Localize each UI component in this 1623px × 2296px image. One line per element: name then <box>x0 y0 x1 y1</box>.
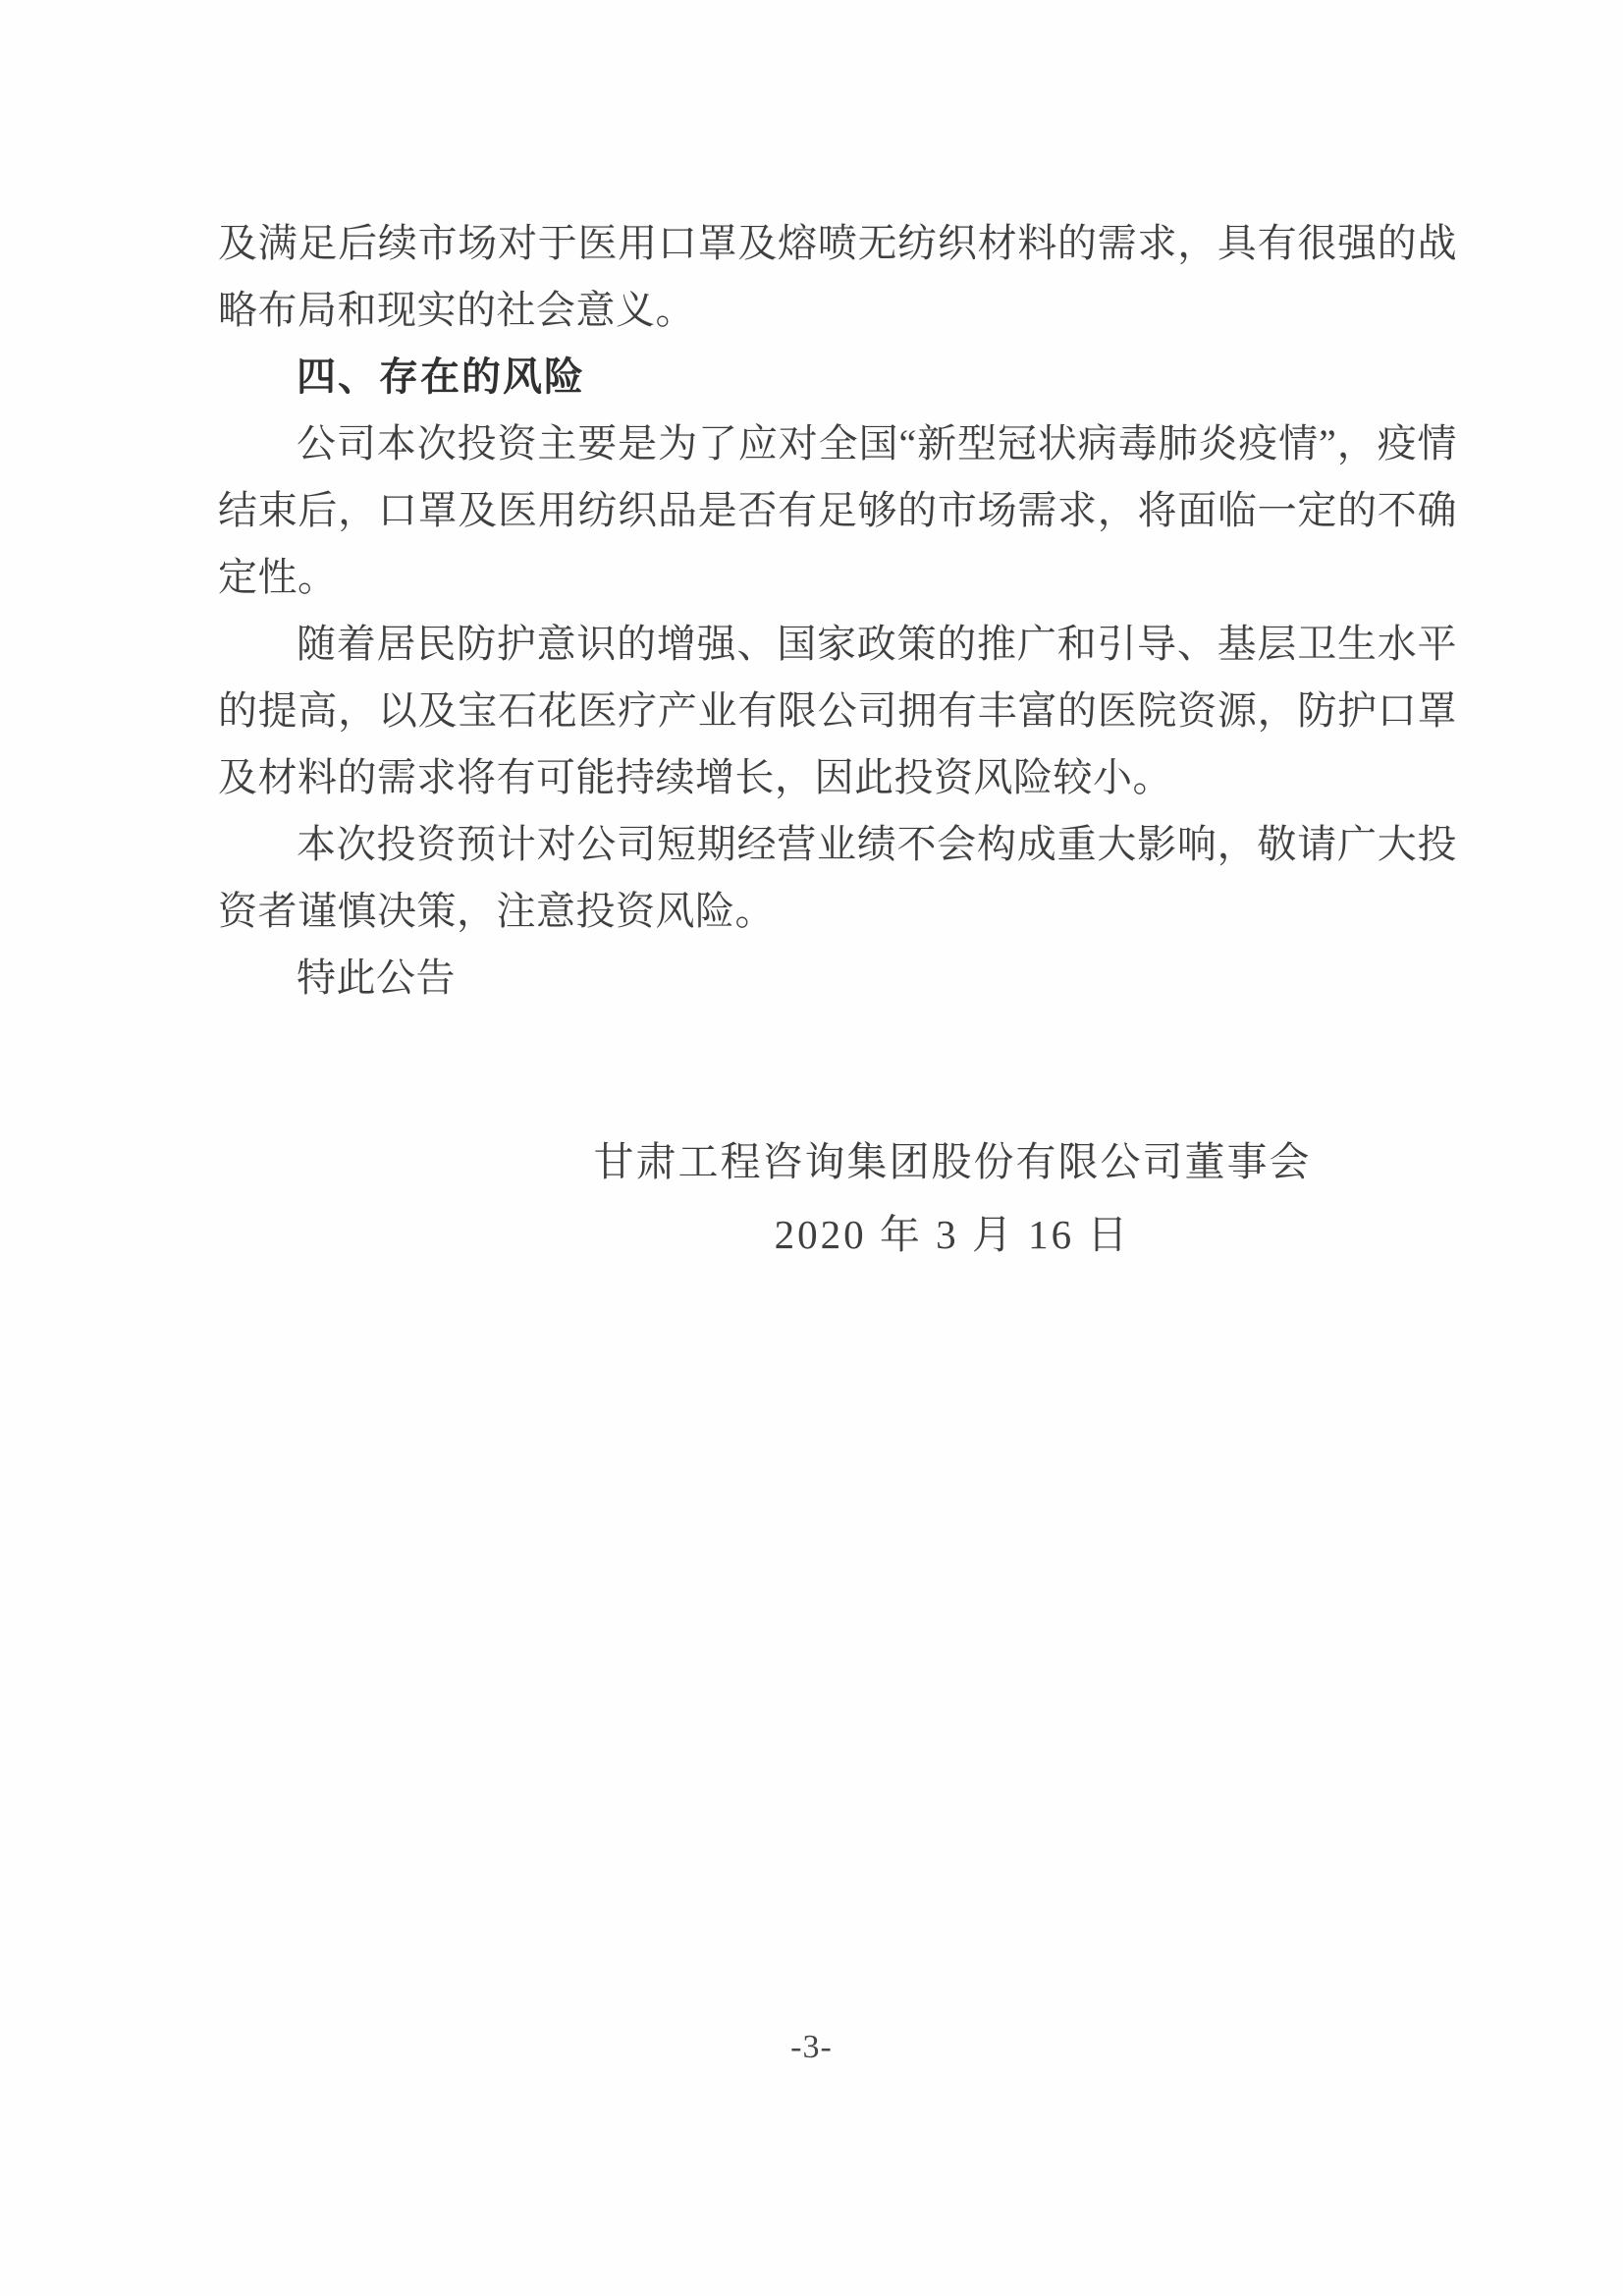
paragraph-risk-2: 随着居民防护意识的增强、国家政策的推广和引导、基层卫生水平的提高，以及宝石花医疗… <box>218 611 1457 811</box>
signature-block: 甘肃工程咨询集团股份有限公司董事会 2020 年 3 月 16 日 <box>589 1131 1316 1265</box>
signature-date: 2020 年 3 月 16 日 <box>589 1204 1316 1265</box>
page-number: -3- <box>0 2029 1623 2066</box>
document-page: 及满足后续市场对于医用口罩及熔喷无纺织材料的需求，具有很强的战略布局和现实的社会… <box>0 0 1623 2296</box>
paragraph-continuation: 及满足后续市场对于医用口罩及熔喷无纺织材料的需求，具有很强的战略布局和现实的社会… <box>218 210 1457 344</box>
section-heading-risks: 四、存在的风险 <box>218 344 1457 410</box>
paragraph-risk-1: 公司本次投资主要是为了应对全国“新型冠状病毒肺炎疫情”，疫情结束后，口罩及医用纺… <box>218 410 1457 611</box>
document-body: 及满足后续市场对于医用口罩及熔喷无纺织材料的需求，具有很强的战略布局和现实的社会… <box>218 210 1457 1011</box>
paragraph-closing-statement: 特此公告 <box>218 945 1457 1011</box>
paragraph-risk-3: 本次投资预计对公司短期经营业绩不会构成重大影响，敬请广大投资者谨慎决策，注意投资… <box>218 811 1457 945</box>
signature-company-name: 甘肃工程咨询集团股份有限公司董事会 <box>589 1131 1316 1192</box>
